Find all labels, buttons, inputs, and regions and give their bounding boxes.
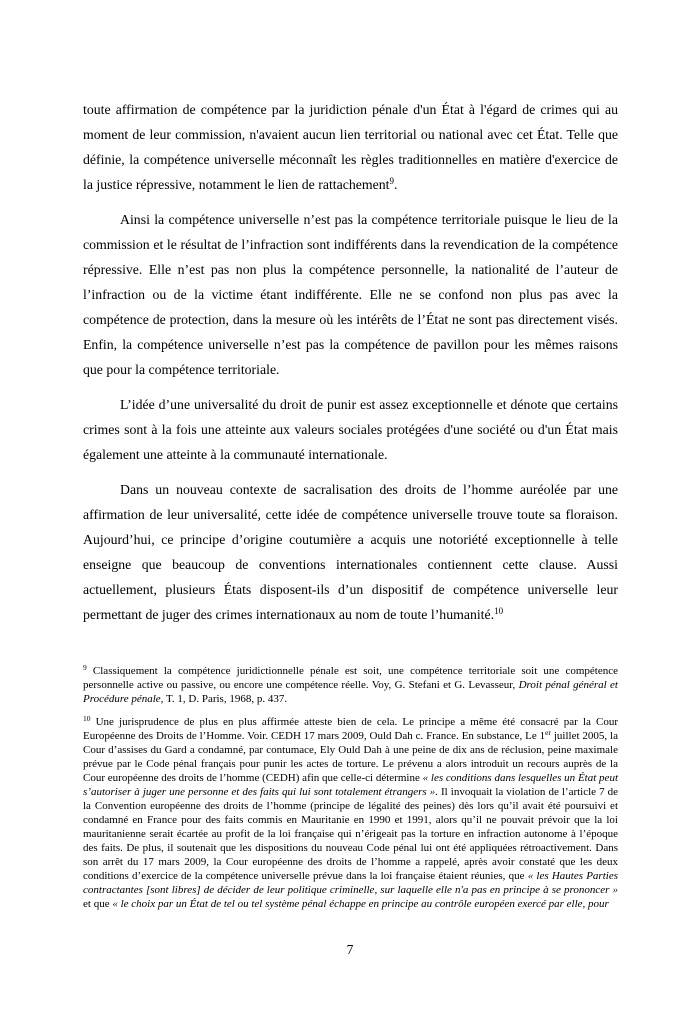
footnote-10-text: Il invoquait la violation de l’article 7… xyxy=(83,786,618,882)
footnote-10-quote-italic: « le choix par un État de tel ou tel sys… xyxy=(112,898,608,910)
footnote-9: 9 Classiquement la compétence juridictio… xyxy=(83,664,618,706)
body-paragraph-4: Dans un nouveau contexte de sacralisatio… xyxy=(83,477,618,627)
paragraph-text: Ainsi la compétence universelle n’est pa… xyxy=(83,212,618,377)
page-number: 7 xyxy=(0,942,700,958)
footnote-ref-9: 9 xyxy=(389,176,394,186)
paragraph-text-after-ref: . xyxy=(394,177,397,192)
body-paragraph-1: toute affirmation de compétence par la j… xyxy=(83,97,618,197)
footnote-9-marker: 9 xyxy=(83,663,87,672)
paragraph-text: toute affirmation de compétence par la j… xyxy=(83,102,618,192)
footnote-10-text: et que xyxy=(83,898,112,910)
footnotes-section: 9 Classiquement la compétence juridictio… xyxy=(83,664,618,911)
footnote-9-text-end: T. 1, D. Paris, 1968, p. 437. xyxy=(163,693,287,705)
footnote-10-text: Une jurisprudence de plus en plus affirm… xyxy=(83,716,618,742)
footnote-10-marker: 10 xyxy=(83,714,91,723)
body-paragraph-3: L’idée d’une universalité du droit de pu… xyxy=(83,392,618,467)
document-page: toute affirmation de compétence par la j… xyxy=(0,0,700,1028)
footnote-10: 10 Une jurisprudence de plus en plus aff… xyxy=(83,715,618,911)
document-body: toute affirmation de compétence par la j… xyxy=(83,97,618,637)
paragraph-text: Dans un nouveau contexte de sacralisatio… xyxy=(83,482,618,622)
footnote-10-ordinal: er xyxy=(545,728,551,737)
paragraph-text: L’idée d’une universalité du droit de pu… xyxy=(83,397,618,462)
footnote-ref-10: 10 xyxy=(494,606,503,616)
body-paragraph-2: Ainsi la compétence universelle n’est pa… xyxy=(83,207,618,382)
